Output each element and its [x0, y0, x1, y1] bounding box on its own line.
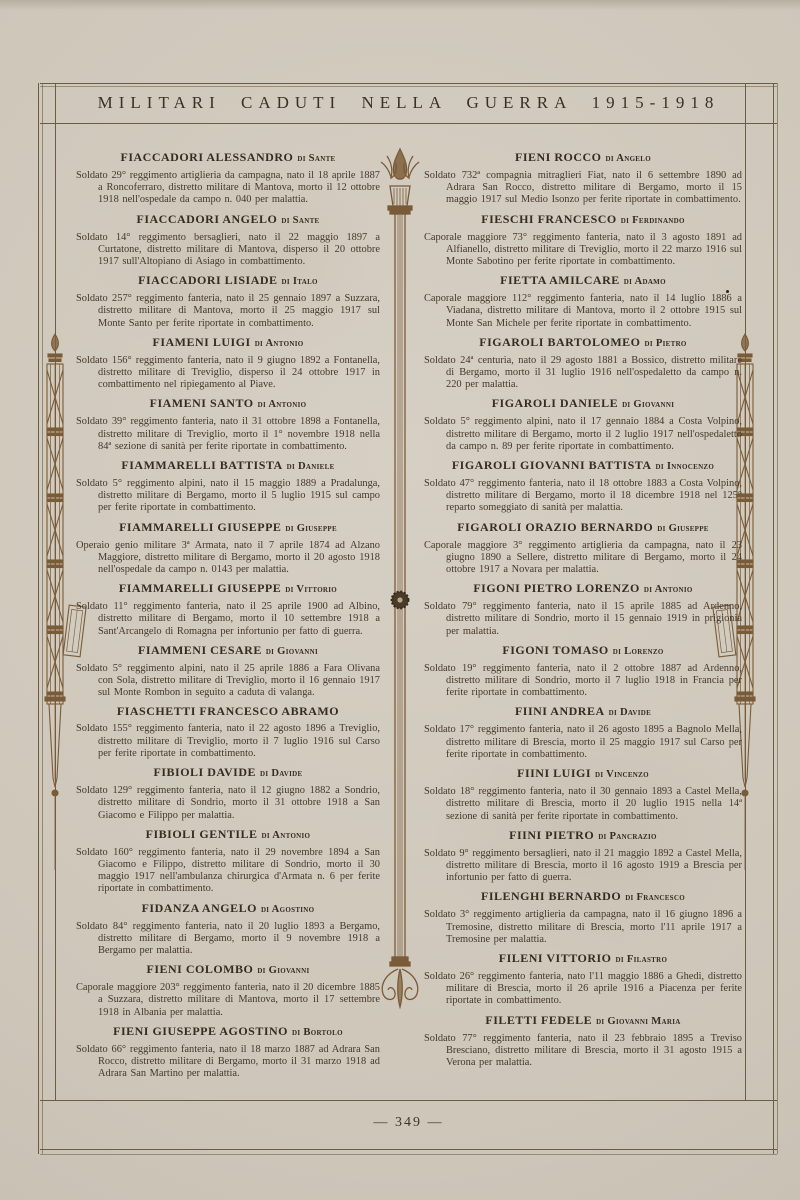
- soldier-name: FIDANZA ANGELO: [142, 901, 257, 915]
- soldier-name: FIAMENI LUIGI: [153, 335, 251, 349]
- torch-cup: [388, 186, 412, 214]
- soldier-name: FIINI PIETRO: [509, 828, 594, 842]
- soldier-name: FIAMMARELLI GIUSEPPE: [119, 520, 281, 534]
- header-band: MILITARI CADUTI NELLA GUERRA 1915-1918: [40, 93, 777, 113]
- soldier-entry: FILENGHI BERNARDOdi Francesco Soldato 3°…: [424, 890, 742, 946]
- soldier-name: FILENI VITTORIO: [499, 951, 612, 965]
- soldier-name-heading: FIESCHI FRANCESCOdi Ferdinando: [424, 213, 742, 227]
- torch-column-ornament: [378, 146, 422, 1038]
- soldier-father-name: di Filastro: [616, 954, 668, 965]
- soldier-record-text: Soldato 9° reggimento bersaglieri, nato …: [424, 848, 742, 885]
- soldier-entry: FIACCADORI LISIADEdi Italo Soldato 257° …: [76, 274, 380, 330]
- soldier-record-text: Soldato 17° reggimento fanteria, nato il…: [424, 724, 742, 761]
- soldier-record-text: Soldato 160° reggimento fanteria, nato i…: [76, 847, 380, 896]
- frame-line-right-outer-2: [777, 83, 778, 1154]
- finial-bud: [742, 334, 749, 351]
- soldier-entry: FIGONI PIETRO LORENZOdi Antonio Soldato …: [424, 582, 742, 638]
- frame-line-bottom: [40, 1149, 777, 1150]
- soldier-father-name: di Antonio: [644, 584, 693, 595]
- soldier-entry: FIINI PIETROdi Pancrazio Soldato 9° regg…: [424, 829, 742, 885]
- soldier-name: FIENI ROCCO: [515, 150, 602, 164]
- frame-line-right-outer: [773, 83, 774, 1154]
- soldier-name-heading: FILENI VITTORIOdi Filastro: [424, 952, 742, 966]
- soldier-record-text: Caporale maggiore 3° reggimento artiglie…: [424, 540, 742, 577]
- soldier-name: FIENI COLOMBO: [146, 962, 253, 976]
- soldier-father-name: di Vincenzo: [595, 769, 649, 780]
- soldier-father-name: di Giovanni: [266, 646, 318, 657]
- soldier-record-text: Caporale maggiore 203° reggimento fanter…: [76, 982, 380, 1019]
- soldier-name-heading: FIENI GIUSEPPE AGOSTINOdi Bortolo: [76, 1025, 380, 1039]
- soldier-entry: FIAMENI LUIGIdi Antonio Soldato 156° reg…: [76, 336, 380, 392]
- soldier-father-name: di Antonio: [258, 399, 307, 410]
- soldier-record-text: Operaio genio militare 3ª Armata, nato i…: [76, 540, 380, 577]
- soldier-name: FIGONI TOMASO: [502, 643, 608, 657]
- soldier-father-name: di Pietro: [645, 338, 687, 349]
- soldier-name-heading: FIINI PIETROdi Pancrazio: [424, 829, 742, 843]
- soldier-entry: FIINI ANDREAdi Davide Soldato 17° reggim…: [424, 705, 742, 761]
- soldier-record-text: Soldato 47° reggimento fanteria, nato il…: [424, 478, 742, 515]
- soldier-name: FIAMMARELLI BATTISTA: [121, 458, 282, 472]
- soldier-entry: FIINI LUIGIdi Vincenzo Soldato 18° reggi…: [424, 767, 742, 823]
- soldier-record-text: Soldato 24ª centuria, nato il 29 agosto …: [424, 355, 742, 392]
- soldier-name: FILENGHI BERNARDO: [481, 889, 621, 903]
- soldier-father-name: di Daniele: [287, 461, 335, 472]
- soldier-name: FIETTA AMILCARE: [500, 273, 620, 287]
- finial-bud: [52, 334, 59, 351]
- soldier-name-heading: FIACCADORI LISIADEdi Italo: [76, 274, 380, 288]
- soldier-name-heading: FIGAROLI DANIELEdi Giovanni: [424, 397, 742, 411]
- soldier-record-text: Soldato 79° reggimento fanteria, nato il…: [424, 601, 742, 638]
- soldier-name-heading: FIENI ROCCOdi Angelo: [424, 151, 742, 165]
- soldier-father-name: di Angelo: [606, 153, 651, 164]
- soldier-entry: FIAMMARELLI GIUSEPPEdi Giuseppe Operaio …: [76, 521, 380, 577]
- soldier-name-heading: FIAMMARELLI GIUSEPPEdi Giuseppe: [76, 521, 380, 535]
- soldier-entry: FIETTA AMILCAREdi Adamo Caporale maggior…: [424, 274, 742, 330]
- soldier-father-name: di Adamo: [624, 276, 666, 287]
- soldier-father-name: di Agostino: [261, 904, 314, 915]
- soldier-father-name: di Sante: [281, 215, 319, 226]
- soldier-father-name: di Giovanni: [257, 965, 309, 976]
- soldier-name: FIGAROLI ORAZIO BERNARDO: [457, 520, 653, 534]
- soldier-name-heading: FIDANZA ANGELOdi Agostino: [76, 902, 380, 916]
- soldier-name-heading: FIASCHETTI FRANCESCO ABRAMO: [76, 705, 380, 718]
- soldier-record-text: Soldato 5° reggimento alpini, nato il 25…: [76, 663, 380, 700]
- soldier-name-heading: FIAMENI LUIGIdi Antonio: [76, 336, 380, 350]
- soldier-name: FIINI LUIGI: [517, 766, 591, 780]
- soldier-father-name: di Davide: [609, 707, 651, 718]
- soldier-father-name: di Antonio: [255, 338, 304, 349]
- soldier-record-text: Soldato 155° reggimento fanteria, nato i…: [76, 723, 380, 760]
- soldier-record-text: Soldato 5° reggimento alpini, nato il 15…: [76, 478, 380, 515]
- soldier-father-name: di Antonio: [262, 830, 311, 841]
- soldier-name: FIAMENI SANTO: [150, 396, 254, 410]
- soldier-father-name: di Pancrazio: [598, 831, 657, 842]
- soldier-entry: FIGONI TOMASOdi Lorenzo Soldato 19° regg…: [424, 644, 742, 700]
- soldier-record-text: Soldato 19° reggimento fanteria, nato il…: [424, 663, 742, 700]
- column-base: [382, 957, 418, 1007]
- soldier-father-name: di Innocenzo: [656, 461, 715, 472]
- soldier-name: FIACCADORI LISIADE: [138, 273, 277, 287]
- soldier-entry: FIENI COLOMBOdi Giovanni Caporale maggio…: [76, 963, 380, 1019]
- page-number: — 349 —: [40, 1115, 777, 1131]
- frame-line-left-outer: [38, 83, 39, 1154]
- soldier-name-heading: FIBIOLI GENTILEdi Antonio: [76, 828, 380, 842]
- soldier-father-name: di Bortolo: [292, 1027, 343, 1038]
- soldier-name: FIBIOLI DAVIDE: [154, 765, 256, 779]
- soldier-name: FIENI GIUSEPPE AGOSTINO: [113, 1024, 288, 1038]
- soldier-name-heading: FIAMMENI CESAREdi Giovanni: [76, 644, 380, 658]
- soldier-record-text: Soldato 77° reggimento fanteria, nato il…: [424, 1033, 742, 1070]
- soldier-entry: FIAMMENI CESAREdi Giovanni Soldato 5° re…: [76, 644, 380, 700]
- soldier-name: FIASCHETTI FRANCESCO ABRAMO: [117, 704, 339, 718]
- soldier-record-text: Soldato 18° reggimento fanteria, nato il…: [424, 786, 742, 823]
- soldier-father-name: di Giuseppe: [657, 523, 709, 534]
- frame-line-top-inner: [40, 86, 777, 87]
- soldier-entry: FIDANZA ANGELOdi Agostino Soldato 84° re…: [76, 902, 380, 958]
- soldier-name-heading: FIGAROLI BARTOLOMEOdi Pietro: [424, 336, 742, 350]
- soldier-name-heading: FIGAROLI ORAZIO BERNARDOdi Giuseppe: [424, 521, 742, 535]
- soldier-entry: FIBIOLI GENTILEdi Antonio Soldato 160° r…: [76, 828, 380, 896]
- soldier-entry: FIESCHI FRANCESCOdi Ferdinando Caporale …: [424, 213, 742, 269]
- soldier-name-heading: FIETTA AMILCAREdi Adamo: [424, 274, 742, 288]
- frame-line-bottom-outer: [40, 1154, 777, 1155]
- soldier-name-heading: FIGONI TOMASOdi Lorenzo: [424, 644, 742, 658]
- soldier-father-name: di Davide: [260, 768, 302, 779]
- soldier-name: FIGAROLI GIOVANNI BATTISTA: [452, 458, 652, 472]
- soldier-name: FIGONI PIETRO LORENZO: [473, 581, 640, 595]
- fasces-ornament-left: [40, 330, 70, 870]
- frame-line-top: [40, 83, 777, 84]
- soldier-name-heading: FIACCADORI ALESSANDROdi Sante: [76, 151, 380, 165]
- soldier-name-heading: FIAMMARELLI GIUSEPPEdi Vittorio: [76, 582, 380, 596]
- soldier-record-text: Soldato 39° reggimento fanteria, nato il…: [76, 416, 380, 453]
- soldier-name: FILETTI FEDELE: [485, 1013, 592, 1027]
- right-column: FIENI ROCCOdi Angelo Soldato 732ª compag…: [424, 151, 742, 1075]
- soldier-record-text: Soldato 26° reggimento fanteria, nato l'…: [424, 971, 742, 1008]
- soldier-name: FIGAROLI DANIELE: [492, 396, 618, 410]
- soldier-entry: FIGAROLI ORAZIO BERNARDOdi Giuseppe Capo…: [424, 521, 742, 577]
- soldier-entry: FIAMMARELLI GIUSEPPEdi Vittorio Soldato …: [76, 582, 380, 638]
- soldier-record-text: Soldato 5° reggimento alpini, nato il 17…: [424, 416, 742, 453]
- soldier-entry: FIAMMARELLI BATTISTAdi Daniele Soldato 5…: [76, 459, 380, 515]
- soldier-name-heading: FIENI COLOMBOdi Giovanni: [76, 963, 380, 977]
- soldier-entry: FILENI VITTORIOdi Filastro Soldato 26° r…: [424, 952, 742, 1008]
- soldier-father-name: di Giuseppe: [285, 523, 337, 534]
- soldier-name: FIACCADORI ANGELO: [136, 212, 277, 226]
- soldier-name-heading: FILETTI FEDELEdi Giovanni Maria: [424, 1014, 742, 1028]
- soldier-name: FIAMMENI CESARE: [138, 643, 262, 657]
- soldier-entry: FIENI GIUSEPPE AGOSTINOdi Bortolo Soldat…: [76, 1025, 380, 1081]
- soldier-name-heading: FIGONI PIETRO LORENZOdi Antonio: [424, 582, 742, 596]
- soldier-record-text: Soldato 3° reggimento artiglieria da cam…: [424, 909, 742, 946]
- soldier-name-heading: FIINI ANDREAdi Davide: [424, 705, 742, 719]
- soldier-entry: FIBIOLI DAVIDEdi Davide Soldato 129° reg…: [76, 766, 380, 822]
- soldier-entry: FIACCADORI ALESSANDROdi Sante Soldato 29…: [76, 151, 380, 207]
- soldier-name: FIESCHI FRANCESCO: [481, 212, 617, 226]
- soldier-name: FIINI ANDREA: [515, 704, 605, 718]
- soldier-record-text: Soldato 14° reggimento bersaglieri, nato…: [76, 232, 380, 269]
- soldier-father-name: di Lorenzo: [613, 646, 664, 657]
- soldier-entry: FIGAROLI DANIELEdi Giovanni Soldato 5° r…: [424, 397, 742, 453]
- title-band-bottom-rule: [40, 123, 777, 124]
- soldier-name-heading: FIAMMARELLI BATTISTAdi Daniele: [76, 459, 380, 473]
- soldier-father-name: di Francesco: [625, 892, 685, 903]
- soldier-entry: FIAMENI SANTOdi Antonio Soldato 39° regg…: [76, 397, 380, 453]
- soldier-entry: FIGAROLI BARTOLOMEOdi Pietro Soldato 24ª…: [424, 336, 742, 392]
- soldier-entry: FIGAROLI GIOVANNI BATTISTAdi Innocenzo S…: [424, 459, 742, 515]
- page-title: MILITARI CADUTI NELLA GUERRA 1915-1918: [40, 93, 777, 113]
- soldier-father-name: di Italo: [282, 276, 318, 287]
- soldier-entry: FIENI ROCCOdi Angelo Soldato 732ª compag…: [424, 151, 742, 207]
- soldier-entry: FIASCHETTI FRANCESCO ABRAMO Soldato 155°…: [76, 705, 380, 760]
- soldier-name: FIAMMARELLI GIUSEPPE: [119, 581, 281, 595]
- column-shaft: [395, 214, 405, 957]
- soldier-name: FIBIOLI GENTILE: [146, 827, 258, 841]
- soldier-name: FIACCADORI ALESSANDRO: [120, 150, 293, 164]
- rosette-icon: [392, 592, 409, 609]
- soldier-name: FIGAROLI BARTOLOMEO: [479, 335, 640, 349]
- soldier-entry: FIACCADORI ANGELOdi Sante Soldato 14° re…: [76, 213, 380, 269]
- soldier-record-text: Soldato 732ª compagnia mitraglieri Fiat,…: [424, 170, 742, 207]
- soldier-name-heading: FIINI LUIGIdi Vincenzo: [424, 767, 742, 781]
- soldier-record-text: Soldato 66° reggimento fanteria, nato il…: [76, 1044, 380, 1081]
- soldier-name-heading: FIGAROLI GIOVANNI BATTISTAdi Innocenzo: [424, 459, 742, 473]
- soldier-record-text: Caporale maggiore 112° reggimento fanter…: [424, 293, 742, 330]
- soldier-record-text: Soldato 129° reggimento fanteria, nato i…: [76, 785, 380, 822]
- soldier-father-name: di Sante: [297, 153, 335, 164]
- content-bottom-rule: [40, 1100, 777, 1101]
- soldier-name-heading: FIAMENI SANTOdi Antonio: [76, 397, 380, 411]
- book-page-scan: MILITARI CADUTI NELLA GUERRA 1915-1918: [0, 0, 800, 1200]
- soldier-record-text: Soldato 156° reggimento fanteria, nato i…: [76, 355, 380, 392]
- soldier-father-name: di Giovanni Maria: [596, 1016, 681, 1027]
- soldier-name-heading: FIACCADORI ANGELOdi Sante: [76, 213, 380, 227]
- soldier-record-text: Soldato 257° reggimento fanteria, nato i…: [76, 293, 380, 330]
- soldier-record-text: Soldato 11° reggimento fanteria, nato il…: [76, 601, 380, 638]
- soldier-father-name: di Giovanni: [622, 399, 674, 410]
- left-column: FIACCADORI ALESSANDROdi Sante Soldato 29…: [76, 151, 380, 1086]
- soldier-record-text: Caporale maggiore 73° reggimento fanteri…: [424, 232, 742, 269]
- soldier-name-heading: FIBIOLI DAVIDEdi Davide: [76, 766, 380, 780]
- soldier-entry: FILETTI FEDELEdi Giovanni Maria Soldato …: [424, 1014, 742, 1070]
- flame-icon: [381, 149, 419, 179]
- soldier-record-text: Soldato 29° reggimento artiglieria da ca…: [76, 170, 380, 207]
- soldier-record-text: Soldato 84° reggimento fanteria, nato il…: [76, 921, 380, 958]
- soldier-name-heading: FILENGHI BERNARDOdi Francesco: [424, 890, 742, 904]
- soldier-father-name: di Vittorio: [285, 584, 337, 595]
- soldier-father-name: di Ferdinando: [621, 215, 685, 226]
